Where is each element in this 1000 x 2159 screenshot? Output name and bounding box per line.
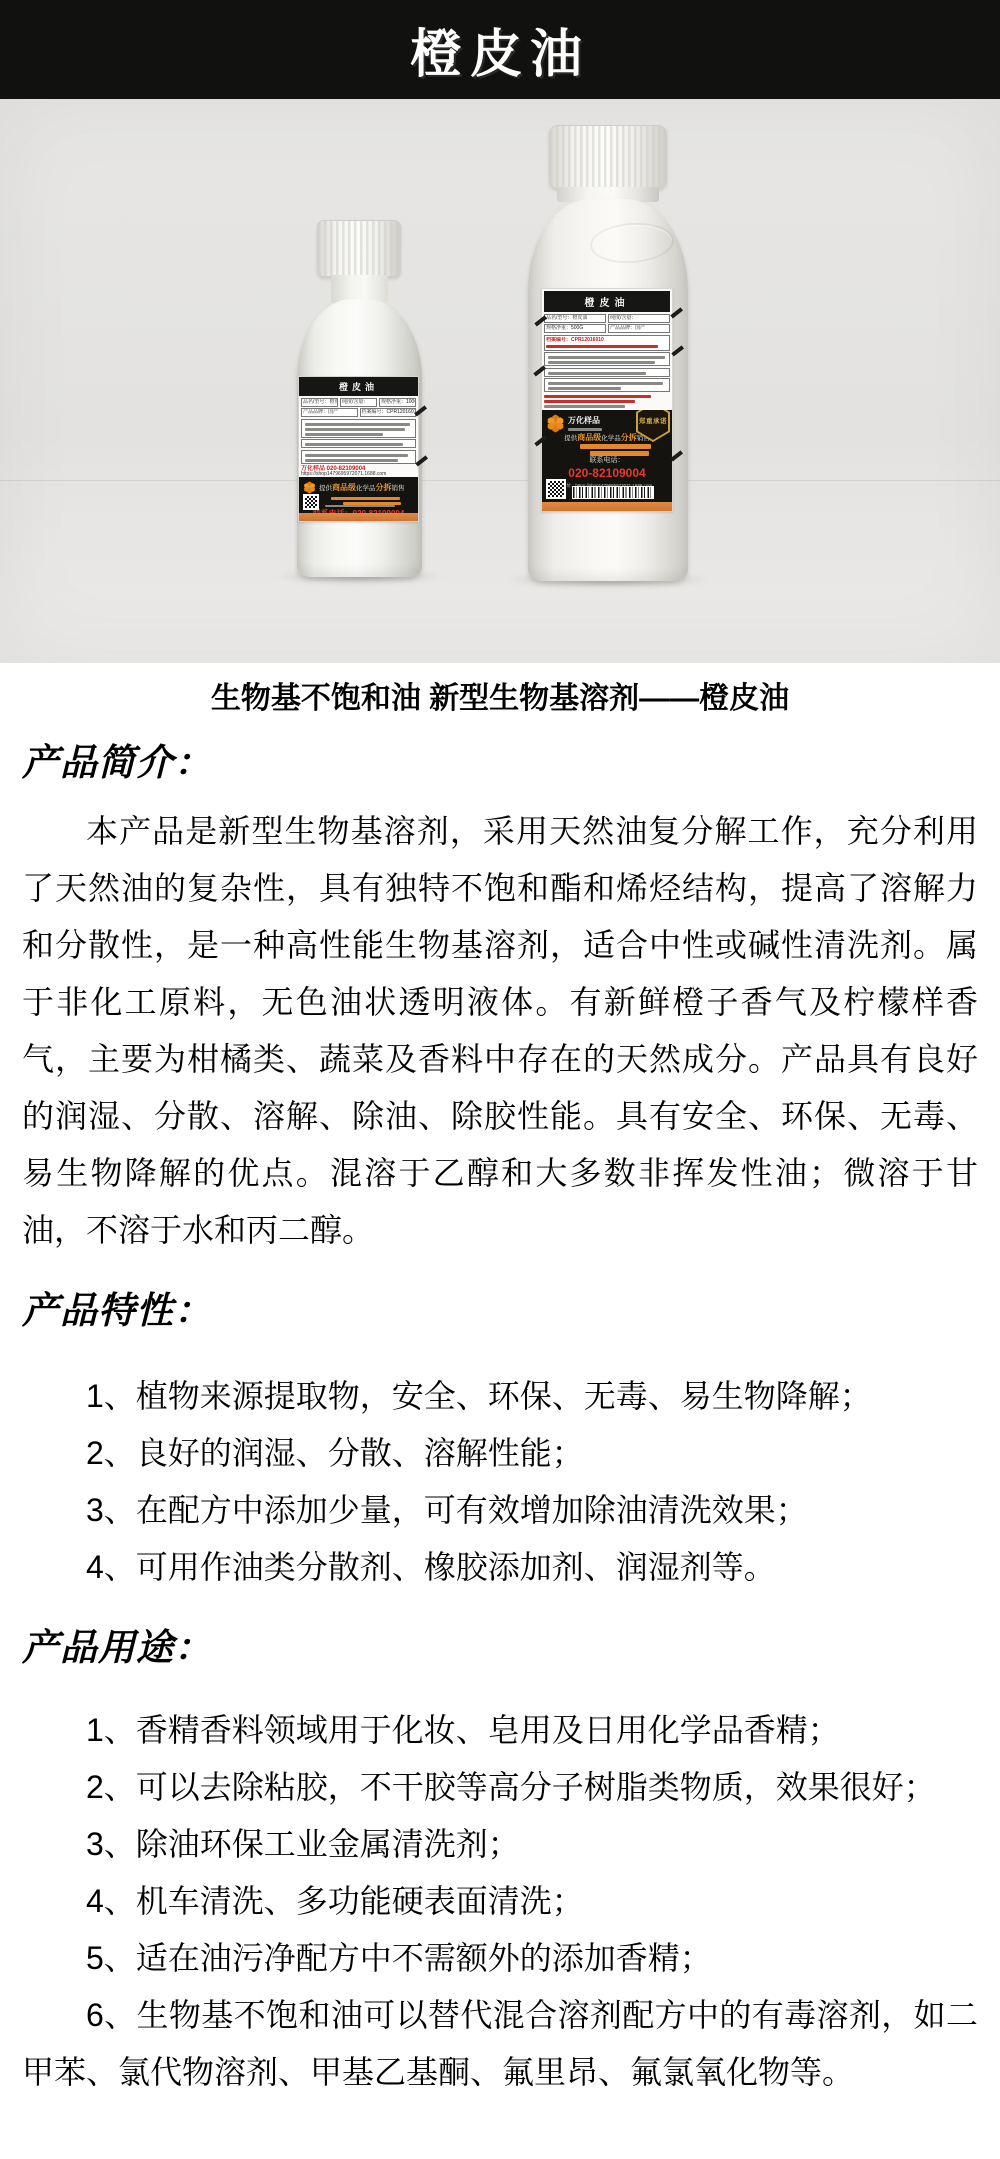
label-field: 规格净重：500G [544, 324, 606, 333]
orange-text-bar [331, 497, 400, 500]
label-file-number-block: 档案编号：CPR12016010 [544, 335, 670, 351]
red-text-bar [546, 345, 658, 348]
label-orange-stripe [299, 513, 418, 521]
text-line-bar [548, 372, 646, 375]
use-item: 3、除油环保工业金属清洗剂； [22, 1816, 978, 1873]
label-tagline: 提供商品级化学品分拆销售 [319, 483, 405, 492]
large-bottle-label: 橙皮油 品名/型号：橙皮油 纯度/含量： 规格净重：500G 产品品牌：国产 档… [541, 288, 673, 512]
label-description-block [301, 439, 416, 448]
maker-info-block [544, 394, 670, 410]
text-line-bar [548, 356, 665, 359]
features-list: 1、植物来源提取物，安全、环保、无毒、易生物降解； 2、良好的润湿、分散、溶解性… [22, 1368, 978, 1596]
text-line-bar [548, 382, 663, 385]
promise-badge-text: 郑重承诺 [638, 410, 668, 440]
label-field-row: 规格净重：500G 产品品牌：国产 [544, 324, 670, 333]
tagline-grade: 商品级 [577, 433, 601, 442]
label-field-row: 产品品牌：国产 档案编号：CPR1201601G [301, 408, 416, 417]
use-item: 2、可以去除粘胶，不干胶等高分子树脂类物质，效果很好； [22, 1759, 978, 1816]
small-bottle-body: 橙皮油 品名/型号：橙皮油 纯度/含量： 规格净重：100G 产品品牌：国产 档… [297, 299, 422, 577]
label-field: 产品品牌：国产 [608, 324, 670, 333]
small-bottle-cap [317, 220, 401, 277]
label-description-block [544, 352, 670, 366]
page-header: 橙皮油 [0, 0, 1000, 99]
text-line-bar [305, 443, 403, 446]
label-description-block [301, 419, 416, 438]
tagline-pre: 提供 [564, 435, 577, 442]
section-heading-uses: 产品用途： [22, 1624, 978, 1672]
tagline-post: 销售 [392, 485, 405, 492]
section-heading-intro: 产品简介： [22, 739, 978, 787]
label-description-block [301, 450, 416, 464]
label-orange-stripe [542, 502, 672, 511]
text-line-bar [305, 423, 410, 426]
brand-row: 提供商品级化学品分拆销售 [303, 480, 414, 495]
barcode [572, 486, 654, 499]
floor-line [0, 480, 1000, 481]
label-description-block [544, 378, 670, 392]
brand-logo-icon [546, 414, 565, 433]
text-line-bar [305, 428, 405, 431]
text-line-bar [568, 428, 602, 431]
label-field: 产品品牌：国产 [301, 408, 358, 417]
product-photo: 橙皮油 品名/型号：橙皮油 纯度/含量： 规格净重：100G 产品品牌：国产 档… [0, 99, 1000, 663]
feature-item: 1、植物来源提取物，安全、环保、无毒、易生物降解； [22, 1368, 978, 1425]
large-label-phone: 020-82109004 [546, 466, 668, 480]
text-line-bar [544, 405, 625, 408]
tagline-mid: 化学品 [601, 435, 621, 442]
feature-item: 4、可用作油类分散剂、橡胶添加剂、润湿剂等。 [22, 1539, 978, 1596]
text-line-bar [305, 454, 408, 457]
small-bottle-label: 橙皮油 品名/型号：橙皮油 纯度/含量： 规格净重：100G 产品品牌：国产 档… [298, 376, 419, 522]
large-bottle: 橙皮油 品名/型号：橙皮油 纯度/含量： 规格净重：500G 产品品牌：国产 档… [528, 125, 688, 581]
use-item: 1、香精香料领域用于化妆、皂用及日用化学品香精； [22, 1702, 978, 1759]
large-label-title: 橙皮油 [544, 291, 670, 312]
brand-logo-icon [303, 481, 316, 494]
label-description-block [544, 368, 670, 377]
uses-list: 1、香精香料领域用于化妆、皂用及日用化学品香精； 2、可以去除粘胶，不干胶等高分… [22, 1702, 978, 2101]
label-field: 品名/型号：橙皮油 [544, 314, 606, 323]
product-description: 生物基不饱和油 新型生物基溶剂——橙皮油 产品简介： 本产品是新型生物基溶剂，采… [0, 663, 1000, 2159]
text-line-bar [548, 361, 655, 364]
small-label-phone: 联系电话：020-82109004 [303, 508, 414, 513]
text-line-bar [325, 505, 395, 508]
feature-item: 2、良好的润湿、分散、溶解性能； [22, 1425, 978, 1482]
small-bottle: 橙皮油 品名/型号：橙皮油 纯度/含量： 规格净重：100G 产品品牌：国产 档… [297, 220, 422, 577]
contact-label: 联系电话： [546, 456, 668, 465]
tagline-split: 分拆 [621, 433, 637, 442]
qr-code [546, 479, 566, 499]
red-text-bar [544, 400, 635, 403]
tagline-mid: 化学品 [356, 485, 376, 492]
use-item: 4、机车清洗、多功能硬表面清洗； [22, 1873, 978, 1930]
small-label-black-panel: 提供商品级化学品分拆销售 联系电话：020-82109004 [299, 477, 418, 513]
feature-item: 3、在配方中添加少量，可有效增加除油清洗效果； [22, 1482, 978, 1539]
orange-text-bar [580, 444, 651, 449]
label-file-number: 档案编号：CPR12016010 [546, 337, 668, 344]
brand-block: 万化样品 [568, 415, 602, 431]
large-bottle-body: 橙皮油 品名/型号：橙皮油 纯度/含量： 规格净重：500G 产品品牌：国产 档… [528, 199, 688, 581]
page: 橙皮油 橙皮油 品名/型号：橙皮油 纯度/含量： 规格净重：100G 产品品牌：… [0, 0, 1000, 2159]
product-headline: 生物基不饱和油 新型生物基溶剂——橙皮油 [22, 679, 978, 719]
use-item: 5、适在油污净配方中不需额外的添加香精； [22, 1930, 978, 1987]
tagline-grade: 商品级 [332, 483, 356, 492]
label-field: 品名/型号：橙皮油 [301, 398, 338, 407]
label-field-row: 品名/型号：橙皮油 纯度/含量： 规格净重：100G [301, 398, 416, 407]
red-text-bar [544, 395, 651, 398]
tagline-pre: 提供 [319, 485, 332, 492]
page-title: 橙皮油 [410, 12, 590, 87]
label-field: 档案编号：CPR1201601G [360, 408, 417, 417]
label-edge-mark [671, 345, 683, 356]
text-line-bar [548, 387, 621, 390]
small-label-title: 橙皮油 [299, 377, 418, 396]
use-item: 6、生物基不饱和油可以替代混合溶剂配方中的有毒溶剂，如二甲苯、氯代物溶剂、甲基乙… [22, 1987, 978, 2101]
qr-code [303, 494, 319, 510]
section-heading-features: 产品特性： [22, 1287, 978, 1335]
embossed-logo [589, 220, 676, 266]
brand-name: 万化样品 [568, 415, 602, 426]
label-field-row: 品名/型号：橙皮油 纯度/含量： [544, 314, 670, 323]
label-field: 纯度/含量： [340, 398, 377, 407]
intro-paragraph: 本产品是新型生物基溶剂，采用天然油复分解工作，充分利用了天然油的复杂性，具有独特… [22, 803, 978, 1259]
large-bottle-cap [549, 125, 667, 189]
tagline-split: 分拆 [376, 483, 392, 492]
label-field: 规格净重：100G [379, 398, 416, 407]
label-field: 纯度/含量： [608, 314, 670, 323]
text-line-bar [305, 433, 383, 436]
text-line-bar [305, 459, 398, 462]
large-label-black-panel: 郑重承诺 [542, 410, 672, 502]
